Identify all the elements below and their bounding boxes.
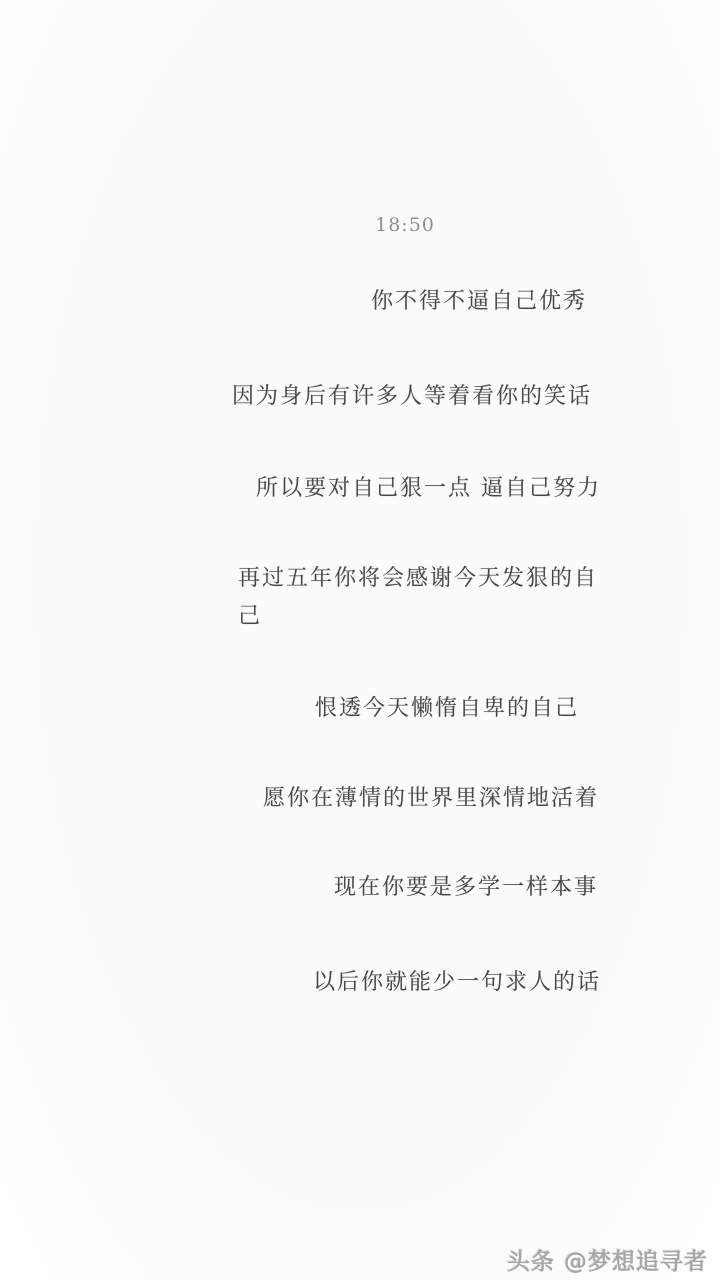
toutiao-watermark: 头条 @梦想追寻者 — [507, 1243, 708, 1276]
quote-line: 你不得不逼自己优秀 — [371, 283, 587, 321]
quote-line: 再过五年你将会感谢今天发狠的自己 — [238, 560, 620, 636]
quote-line: 因为身后有许多人等着看你的笑话 — [232, 378, 592, 416]
quote-line: 以后你就能少一句求人的话 — [313, 964, 601, 1002]
time-caption: 18:50 — [0, 214, 720, 236]
quote-line: 愿你在薄情的世界里深情地活着 — [263, 780, 599, 818]
handwritten-quote-image: 18:50 你不得不逼自己优秀 因为身后有许多人等着看你的笑话 所以要对自己狠一… — [0, 0, 720, 1280]
quote-line: 现在你要是多学一样本事 — [334, 869, 598, 907]
quote-line: 所以要对自己狠一点 逼自己努力 — [256, 470, 601, 508]
quote-line: 恨透今天懒惰自卑的自己 — [315, 690, 579, 728]
